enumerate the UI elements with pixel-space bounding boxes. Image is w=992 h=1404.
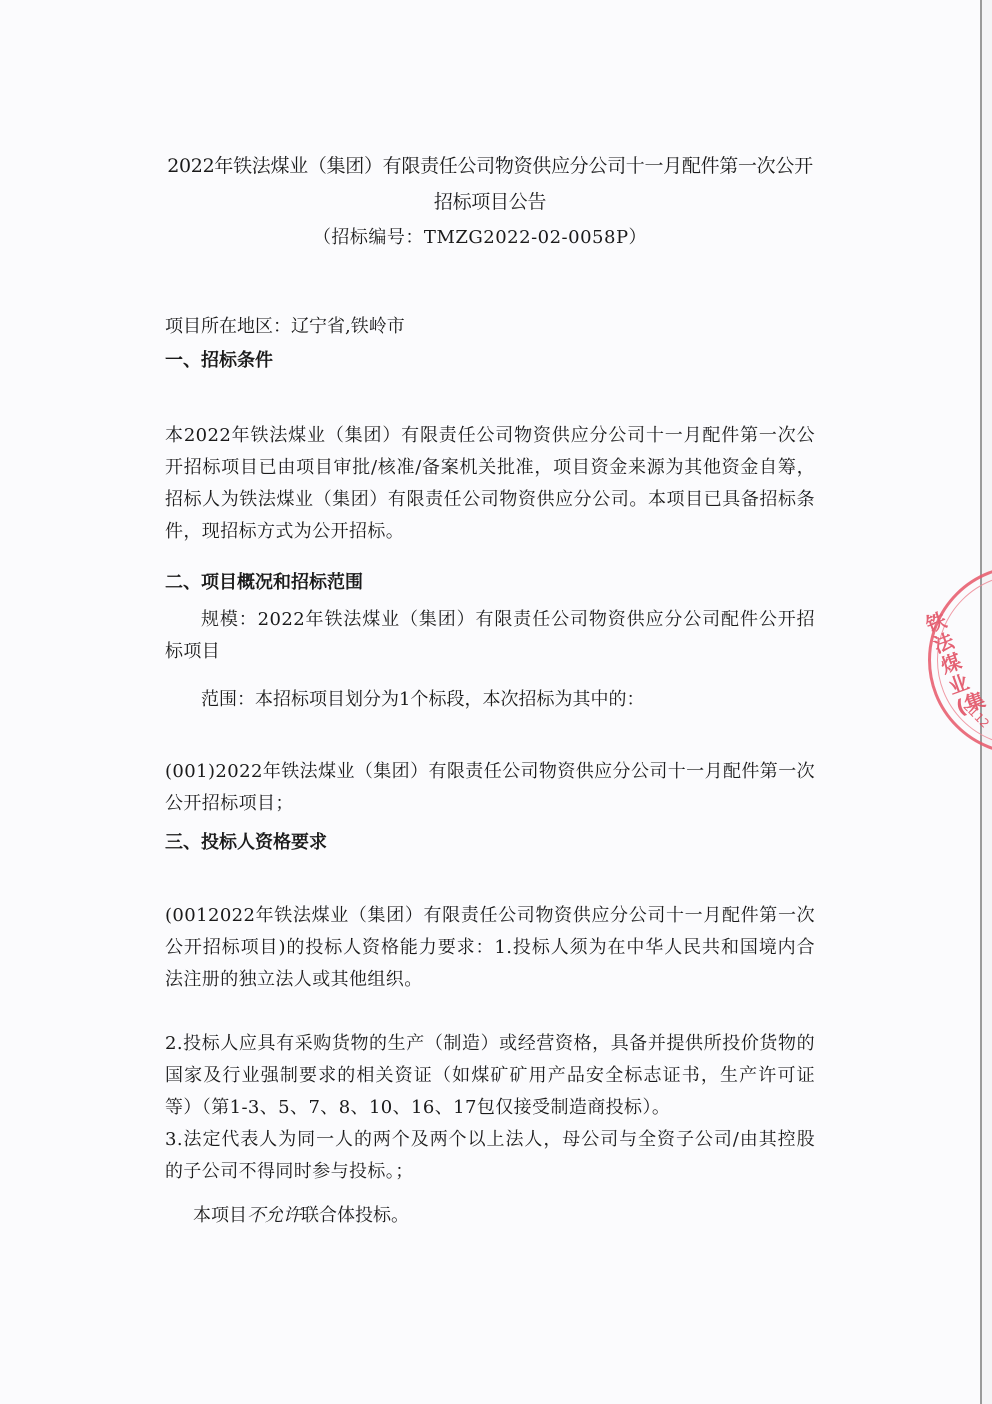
document-title: 2022年铁法煤业（集团）有限责任公司物资供应分公司十一月配件第一次公开 招标项…	[165, 148, 815, 220]
project-location: 项目所在地区：辽宁省,铁岭市	[165, 312, 405, 342]
official-seal-stamp: 铁法煤业(集 2112	[928, 565, 992, 755]
section-1-paragraph: 本2022年铁法煤业（集团）有限责任公司物资供应分公司十一月配件第一次公开招标项…	[165, 420, 815, 548]
section-heading-3: 三、投标人资格要求	[165, 828, 327, 858]
qualification-paragraph: (0012022年铁法煤业（集团）有限责任公司物资供应分公司十一月配件第一次公开…	[165, 900, 815, 996]
joint-bid-suffix: 联合体投标。	[301, 1205, 409, 1226]
project-scale: 规模：2022年铁法煤业（集团）有限责任公司物资供应分公司配件公开招标项目	[165, 604, 815, 668]
title-line-2: 招标项目公告	[165, 184, 815, 220]
joint-bid-prefix: 本项目	[193, 1205, 247, 1226]
joint-bid-emphasis: 不允许	[247, 1205, 301, 1226]
title-line-1: 2022年铁法煤业（集团）有限责任公司物资供应分公司十一月配件第一次公开	[165, 148, 815, 184]
requirement-3: 3.法定代表人为同一人的两个及两个以上法人，母公司与全资子公司/由其控股的子公司…	[165, 1124, 815, 1188]
section-heading-1: 一、招标条件	[165, 346, 273, 376]
joint-bid-statement: 本项目不允许联合体投标。	[193, 1200, 409, 1232]
project-scope: 范围：本招标项目划分为1个标段，本次招标为其中的：	[201, 684, 644, 716]
requirement-2: 2.投标人应具有采购货物的生产（制造）或经营资格，具备并提供所投价货物的国家及行…	[165, 1028, 815, 1124]
section-heading-2: 二、项目概况和招标范围	[165, 568, 363, 598]
document-body: 2022年铁法煤业（集团）有限责任公司物资供应分公司十一月配件第一次公开 招标项…	[165, 148, 815, 256]
lot-item: (001)2022年铁法煤业（集团）有限责任公司物资供应分公司十一月配件第一次公…	[165, 756, 815, 820]
tender-code: （招标编号：TMZG2022-02-0058P）	[165, 220, 815, 256]
